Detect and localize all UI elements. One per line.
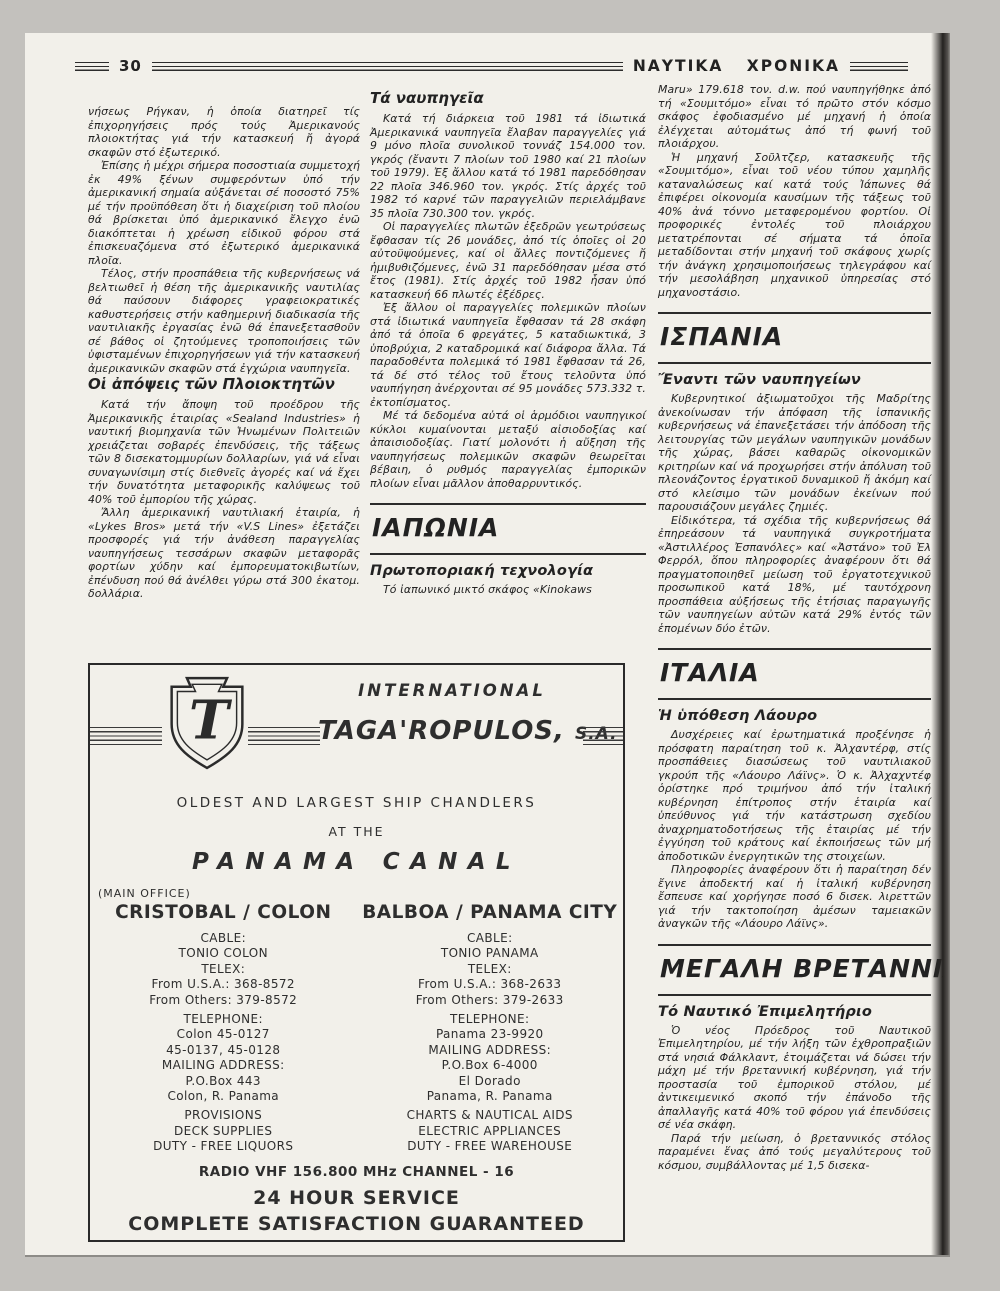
- paragraph: Παρά τήν μείωση, ὁ βρεταννικός στόλος πα…: [658, 1132, 931, 1173]
- paragraph: Ὁ νέος Πρόεδρος τοῦ Ναυτικοῦ Ἐπιμελητηρί…: [658, 1024, 931, 1132]
- ad-info-line: El Dorado: [357, 1074, 624, 1089]
- section-title: ΙΑΠΩΝΙΑ: [372, 515, 644, 541]
- section-header-italy: ΙΤΑΛΙΑ: [658, 648, 931, 700]
- ad-office-balboa: BALBOA / PANAMA CITY CABLE: TONIO PANAMA…: [357, 902, 624, 1155]
- article-column-2: Τά ναυπηγεῖα Κατά τή διάρκεια τοῦ 1981 τ…: [370, 89, 646, 597]
- ad-brand-block: INTERNATIONAL TAGA'ROPULOS, S.A.: [318, 681, 586, 746]
- section-title: ΙΤΑΛΙΑ: [660, 660, 929, 686]
- ad-info-line: DUTY - FREE LIQUORS: [90, 1139, 357, 1154]
- ad-info-line: MAILING ADDRESS:: [357, 1043, 624, 1058]
- ad-info-line: TELEX:: [90, 962, 357, 977]
- ad-office-cristobal: CRISTOBAL / COLON CABLE: TONIO COLON TEL…: [90, 902, 357, 1155]
- paragraph: Ἐπίσης ἡ μέχρι σήμερα ποσοστιαία συμμετο…: [88, 159, 360, 267]
- paragraph: Οἱ παραγγελίες πλωτῶν ἐξεδρῶν γεωτρύσεως…: [370, 220, 646, 301]
- ad-info-line: TONIO PANAMA: [357, 946, 624, 961]
- office-title: CRISTOBAL / COLON: [90, 902, 357, 923]
- ad-info-line: P.O.Box 6-4000: [357, 1058, 624, 1073]
- paragraph: Ἐξ ἄλλου οἱ παραγγελίες πολεμικῶν πλοίων…: [370, 301, 646, 409]
- ad-info-line: TELEX:: [357, 962, 624, 977]
- logo-flourish-mid: [248, 727, 320, 745]
- ad-logo-row: T INTERNATIONAL TAGA'ROPULOS, S.A.: [90, 665, 623, 787]
- section-header-great-britain: ΜΕΓΑΛΗ ΒΡΕΤΑΝΝΙΑ: [658, 944, 931, 996]
- page-number: 30: [119, 57, 142, 75]
- ad-info-line: MAILING ADDRESS:: [90, 1058, 357, 1073]
- office-title: BALBOA / PANAMA CITY: [357, 902, 624, 923]
- article-column-1: νήσεως Ρήγκαν, ἡ ὁποία διατηρεῖ τίς ἐπιχ…: [88, 105, 360, 601]
- brand-international: INTERNATIONAL: [318, 681, 586, 700]
- ad-info-line: ELECTRIC APPLIANCES: [357, 1124, 624, 1139]
- header-rule-center: [152, 62, 623, 71]
- page-header: 30 ΝΑΥΤΙΚΑ ΧΡΟΝΙΚΑ: [75, 55, 908, 77]
- ad-at-the: AT THE: [90, 824, 623, 839]
- ad-info-line: From U.S.A.: 368-8572: [90, 977, 357, 992]
- paragraph: Κατά τήν ἄποψη τοῦ προέδρου τῆς Ἀμερικαν…: [88, 398, 360, 506]
- ad-info-line: TELEPHONE:: [90, 1012, 357, 1027]
- paragraph: Κατά τή διάρκεια τοῦ 1981 τά ἰδιωτικά Ἀμ…: [370, 112, 646, 220]
- logo-flourish-left: [90, 727, 162, 745]
- page-edge-shadow: [931, 33, 950, 1255]
- ad-info-line: CHARTS & NAUTICAL AIDS: [357, 1108, 624, 1123]
- logo-flourish-right: [583, 727, 623, 745]
- paragraph: Ἄλλη ἀμερικανική ναυτιλιακή ἑταιρία, ἡ «…: [88, 506, 360, 601]
- subsection-heading-spain: Ἔναντι τῶν ναυπηγείων: [658, 372, 931, 388]
- paragraph: Ἡ μηχανή Σοῦλτζερ, κατασκευῆς τῆς «Σουμι…: [658, 151, 931, 300]
- ad-info-line: CABLE:: [90, 931, 357, 946]
- subsection-heading-lauro: Ἡ ὑπόθεση Λάουρο: [658, 708, 931, 724]
- ad-info-line: From U.S.A.: 368-2633: [357, 977, 624, 992]
- section-title: ΙΣΠΑΝΙΑ: [660, 324, 929, 350]
- subsection-heading-technology: Πρωτοποριακή τεχνολογία: [370, 563, 646, 579]
- ad-service-line: 24 HOUR SERVICE: [90, 1187, 623, 1209]
- magazine-page: 30 ΝΑΥΤΙΚΑ ΧΡΟΝΙΚΑ νήσεως Ρήγκαν, ἡ ὁποί…: [25, 33, 950, 1257]
- masthead-title: ΝΑΥΤΙΚΑ ΧΡΟΝΙΚΑ: [633, 57, 840, 75]
- paragraph: Κυβερνητικοί ἀξιωματοῦχοι τῆς Μαδρίτης ἀ…: [658, 392, 931, 514]
- header-rule-left: [75, 62, 109, 71]
- ad-info-line: TONIO COLON: [90, 946, 357, 961]
- ad-info-line: Colon 45-0127: [90, 1027, 357, 1042]
- ad-info-line: Colon, R. Panama: [90, 1089, 357, 1104]
- ad-guarantee-line: COMPLETE SATISFACTION GUARANTEED: [90, 1213, 623, 1235]
- tagaropulos-shield-logo: T: [164, 673, 250, 775]
- ad-info-line: 45-0137, 45-0128: [90, 1043, 357, 1058]
- ad-main-office-label: (MAIN OFFICE): [98, 887, 623, 900]
- paragraph: Τό ἰαπωνικό μικτό σκάφος «Kinokaws: [370, 583, 646, 597]
- tagaropulos-advertisement: T INTERNATIONAL TAGA'ROPULOS, S.A. OLDES…: [88, 663, 625, 1242]
- brand-name-main: TAGA'ROPULOS,: [318, 716, 565, 746]
- ad-info-line: DUTY - FREE WAREHOUSE: [357, 1139, 624, 1154]
- ad-location: PANAMA CANAL: [90, 849, 623, 875]
- brand-name: TAGA'ROPULOS, S.A.: [318, 716, 586, 746]
- paragraph: Μέ τά δεδομένα αὐτά οἱ ἁρμόδιοι ναυπηγικ…: [370, 409, 646, 490]
- subsection-heading-shipowners-views: Οἱ ἀπόψεις τῶν Πλοιοκτητῶν: [88, 375, 360, 393]
- ad-info-line: From Others: 379-2633: [357, 993, 624, 1008]
- section-title: ΜΕΓΑΛΗ ΒΡΕΤΑΝΝΙΑ: [660, 956, 929, 982]
- paragraph: νήσεως Ρήγκαν, ἡ ὁποία διατηρεῖ τίς ἐπιχ…: [88, 105, 360, 159]
- ad-radio-channel: RADIO VHF 156.800 MHz CHANNEL - 16: [90, 1164, 623, 1180]
- ad-info-line: CABLE:: [357, 931, 624, 946]
- ad-footer: RADIO VHF 156.800 MHz CHANNEL - 16 24 HO…: [90, 1164, 623, 1235]
- subsection-heading-shipyards: Τά ναυπηγεῖα: [370, 89, 646, 107]
- ad-info-line: Panama, R. Panama: [357, 1089, 624, 1104]
- article-column-3: Maru» 179.618 τον. d.w. πού ναυπηγήθηκε …: [658, 83, 931, 1172]
- ad-info-line: Panama 23-9920: [357, 1027, 624, 1042]
- ad-info-line: DECK SUPPLIES: [90, 1124, 357, 1139]
- ad-info-line: From Others: 379-8572: [90, 993, 357, 1008]
- paragraph: Τέλος, στήν προσπάθεια τῆς κυβερνήσεως ν…: [88, 267, 360, 375]
- section-header-japan: ΙΑΠΩΝΙΑ: [370, 503, 646, 555]
- paragraph: Εἰδικότερα, τά σχέδια τῆς κυβερνήσεως θά…: [658, 514, 931, 636]
- logo-monogram-t: T: [189, 688, 233, 751]
- section-header-spain: ΙΣΠΑΝΙΑ: [658, 312, 931, 364]
- ad-info-line: P.O.Box 443: [90, 1074, 357, 1089]
- ad-info-line: TELEPHONE:: [357, 1012, 624, 1027]
- ad-office-columns: CRISTOBAL / COLON CABLE: TONIO COLON TEL…: [90, 902, 623, 1155]
- paragraph: Δυσχέρειες καί ἐρωτηματικά προξένησε ἡ π…: [658, 728, 931, 863]
- subsection-heading-chamber: Τό Ναυτικό Ἐπιμελητήριο: [658, 1004, 931, 1020]
- ad-tagline: OLDEST AND LARGEST SHIP CHANDLERS: [90, 795, 623, 811]
- ad-info-line: PROVISIONS: [90, 1108, 357, 1123]
- header-rule-right: [850, 62, 908, 71]
- paragraph: Πληροφορίες ἀναφέρουν ὅτι ἡ παραίτηση δέ…: [658, 863, 931, 931]
- paragraph: Maru» 179.618 τον. d.w. πού ναυπηγήθηκε …: [658, 83, 931, 151]
